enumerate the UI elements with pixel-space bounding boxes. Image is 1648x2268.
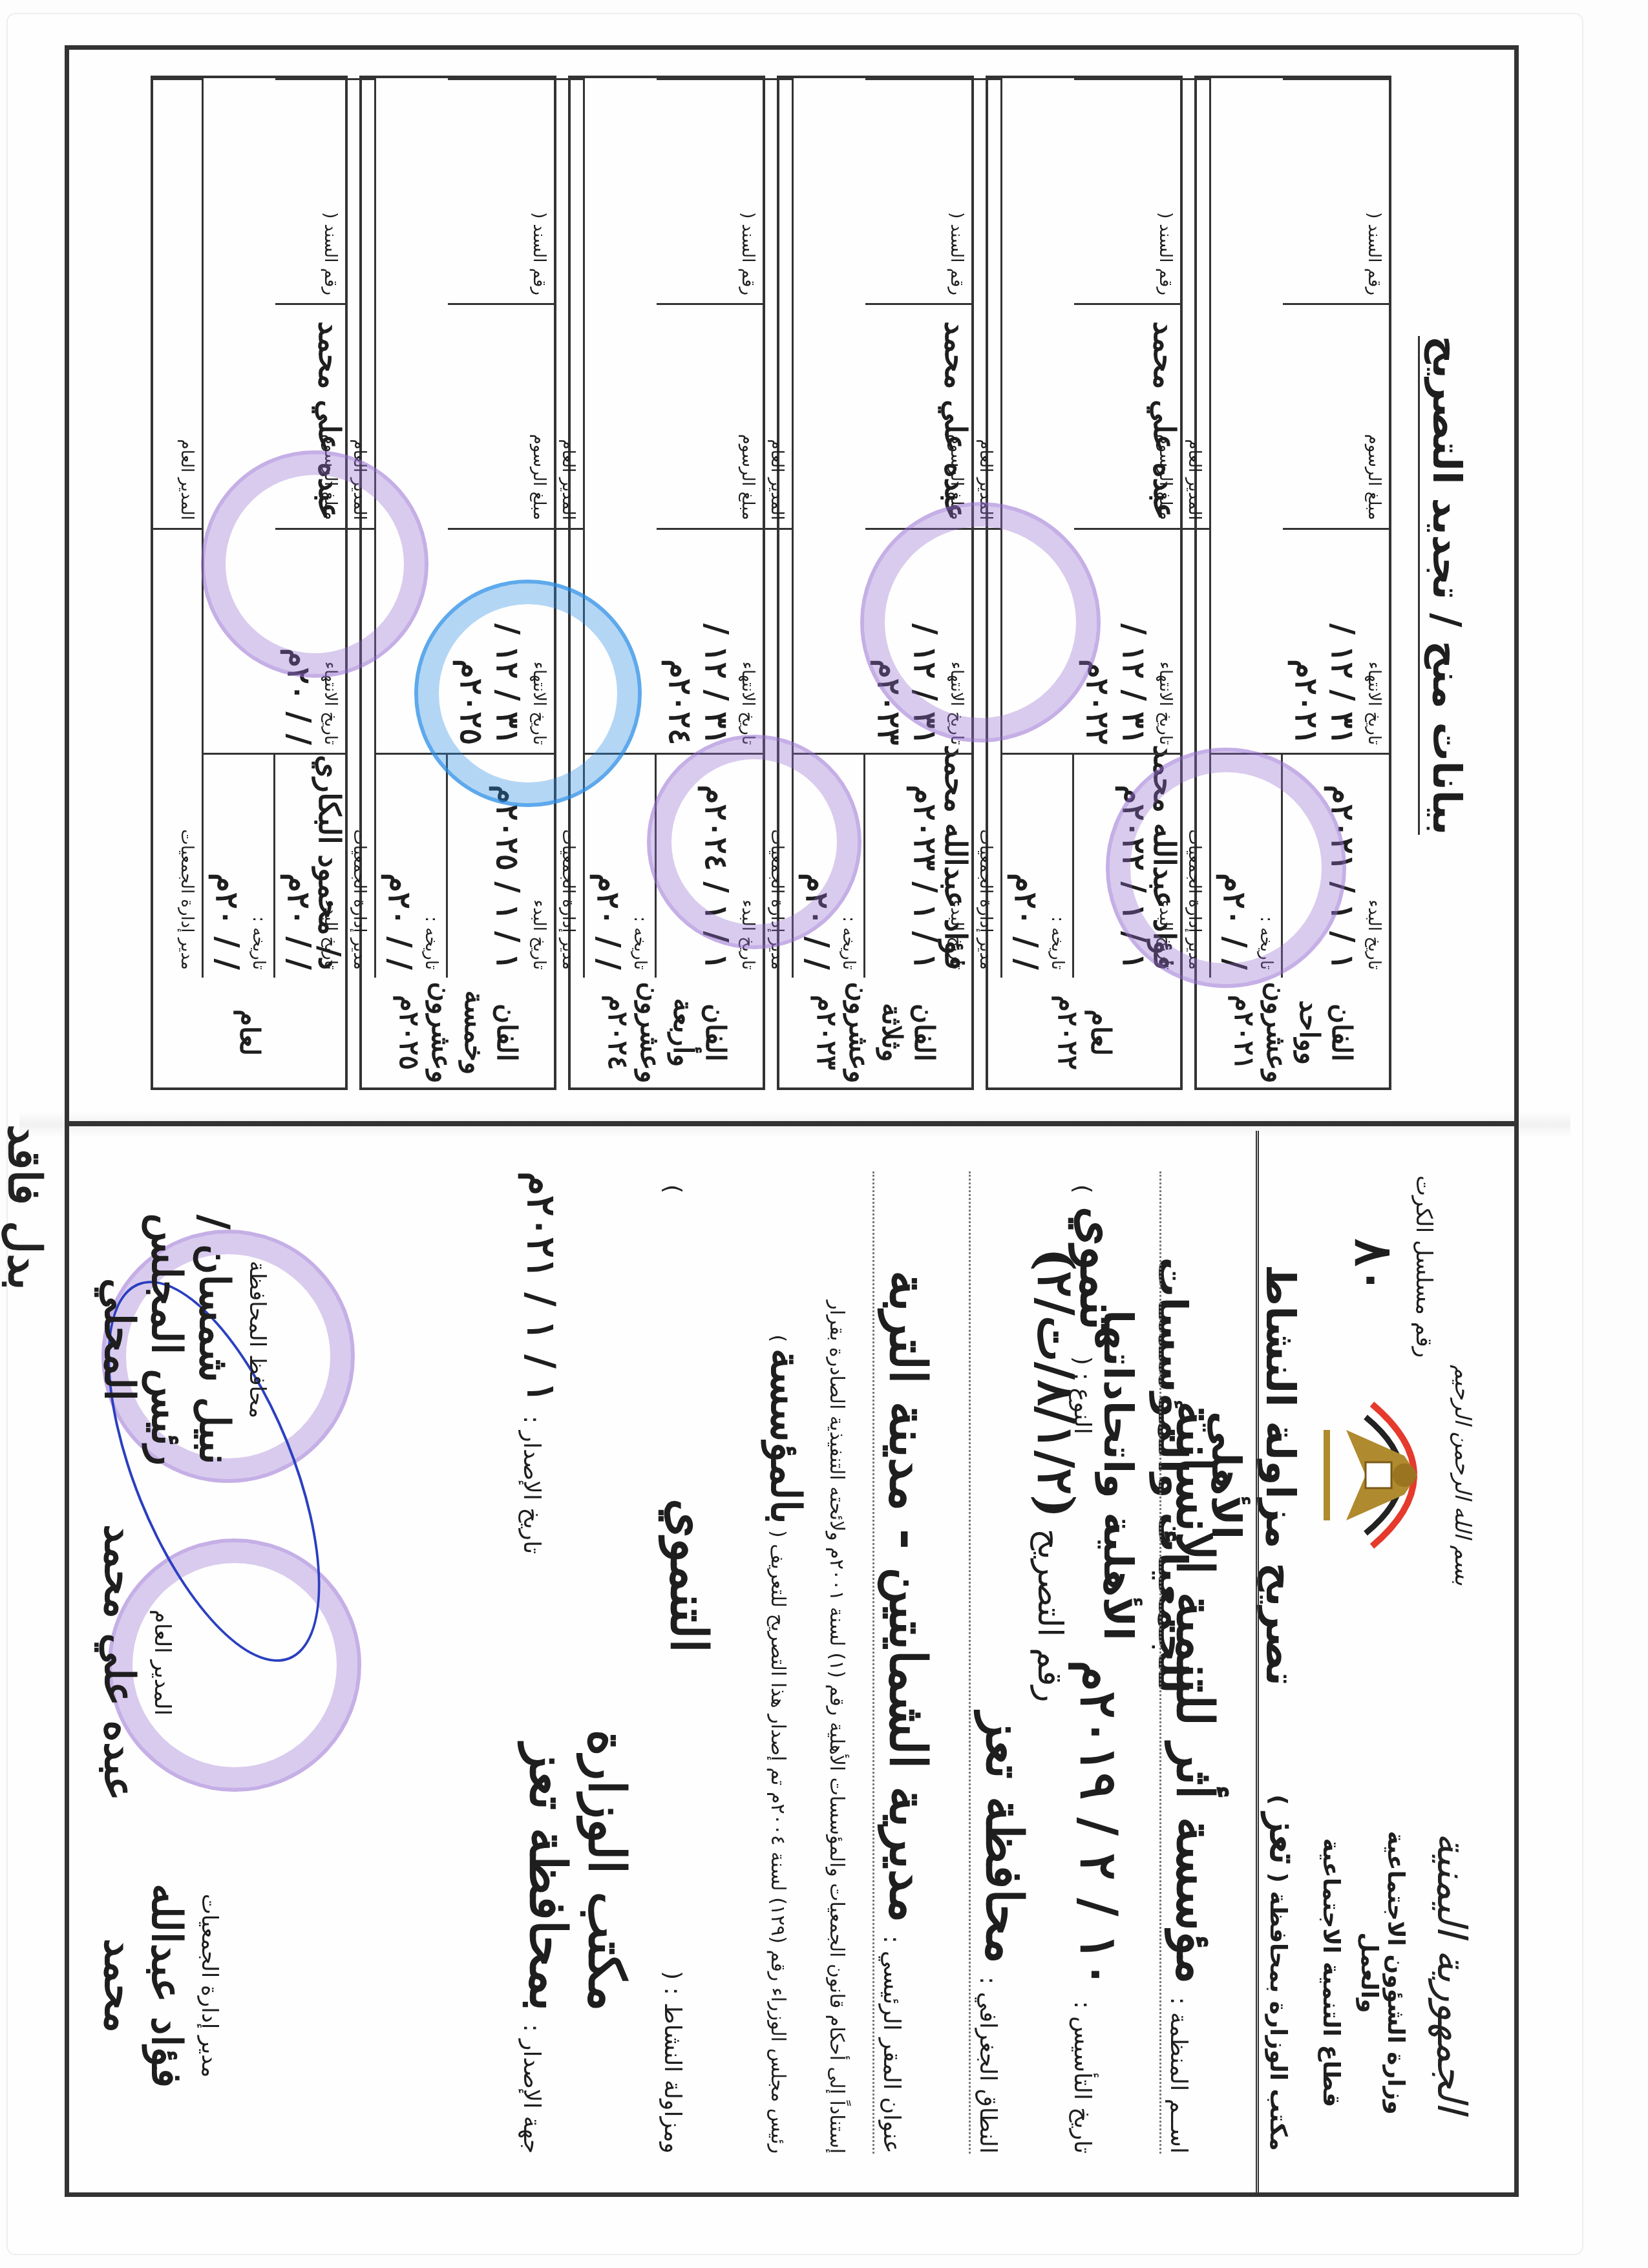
signature-title: محافظ المحافظة bbox=[244, 1197, 270, 1482]
receipt-no-cell-label: رقم السند ( bbox=[947, 212, 966, 295]
assoc-manager-cell-label: مدير إدارة الجمعيات bbox=[177, 829, 196, 970]
end-date-cell: تاريخ الانتهاء٣١ / ١٢ / ٢٠٢١م bbox=[1283, 528, 1389, 753]
start-date-cell-value: / / ٢٠م bbox=[280, 762, 317, 970]
end-date-cell: تاريخ الانتهاء٣١ / ١٢ / ٢٠٢٤م bbox=[657, 528, 763, 753]
activity-value: التنموي bbox=[659, 1193, 718, 1958]
receipt-date-cell span2-value: / / ٢٠م bbox=[1008, 762, 1044, 970]
receipt-no-cell: رقم السند ( bbox=[1283, 78, 1389, 303]
end-date-cell-label: تاريخ الانتهاء bbox=[738, 662, 757, 745]
start-date-cell: تاريخ البدء/ / ٢٠م bbox=[275, 753, 345, 978]
license-fields: اســم المنظمة : مؤسسة أثر للتنمية الإنسا… bbox=[495, 1171, 1236, 2154]
receipt-no-cell: رقم السند ( bbox=[657, 78, 763, 303]
center-divider bbox=[65, 1121, 1519, 1126]
basmala: بسم الله الرحمن الرحيم bbox=[1450, 1210, 1475, 1740]
renewal-year: الفان وثلاثة وعشرون ٢٠٢٣م bbox=[779, 978, 971, 1087]
signature-row: مدير إدارة الجمعيات فؤاد عبدالله محمد ال… bbox=[95, 1171, 431, 2154]
signature-name: عبده علي محمد bbox=[95, 1520, 143, 1805]
signature-title: مدير إدارة الجمعيات bbox=[196, 1843, 222, 2128]
issue-date-label: تاريخ الإصدار : bbox=[518, 1416, 545, 1554]
signature-name: فؤاد عبدالله محمد bbox=[95, 1843, 190, 2128]
activity-label: ومزاولة النشاط : ( bbox=[659, 1971, 686, 2154]
general-manager-cell-label: المدير العام bbox=[767, 439, 787, 520]
fee-cell: مبلغ الرسوم bbox=[1074, 303, 1180, 528]
scope-value: محافظة تعز bbox=[975, 1171, 1033, 1964]
org-name-label: اســم المنظمة : bbox=[1165, 1997, 1192, 2154]
receipt-date-cell span2-label: تاريخه : bbox=[630, 916, 650, 970]
general-manager-cell-label: المدير العام bbox=[177, 439, 196, 520]
scope-label: النطاق الجغرافي : bbox=[975, 1977, 1001, 2154]
renewal-year: الفان وواحد وعشرون ٢٠٢١م bbox=[1197, 978, 1389, 1087]
renewal-year: الفان وأربعة وعشرون ٢٠٢٤م bbox=[571, 978, 763, 1087]
office-close: ) bbox=[1265, 1794, 1291, 1805]
renewal-stamp bbox=[1106, 748, 1346, 988]
start-date-cell-label: تاريخ البدء bbox=[1364, 899, 1384, 970]
field-org-name: اســم المنظمة : مؤسسة أثر للتنمية الإنسا… bbox=[1159, 1171, 1236, 2154]
law-entity-value: بالمؤسسة bbox=[761, 1349, 810, 1524]
receipt-no-cell: رقم السند ( bbox=[448, 78, 554, 303]
receipt-date-cell span2-label: تاريخه : bbox=[421, 916, 441, 970]
hq-label: عنوان المقر الرئيسي : bbox=[878, 1935, 905, 2154]
receipt-date-cell span2: تاريخه :/ / ٢٠م bbox=[376, 753, 448, 978]
activity-close: ) bbox=[659, 1184, 686, 1193]
renewals-title: بيانات منح / تجديد التصريح bbox=[1424, 50, 1469, 1121]
receipt-no-cell-label: رقم السند ( bbox=[1156, 212, 1175, 295]
renewals-title-text: بيانات منح / تجديد التصريح bbox=[1418, 336, 1469, 835]
law-close: ) bbox=[766, 1334, 789, 1342]
law-text-2: رئيس مجلس الوزراء رقم (١٢٩) لسنة ٢٠٠٤م ت… bbox=[766, 1530, 789, 2154]
governorate-value: تعز bbox=[1261, 1813, 1306, 1864]
renewals-panel: بيانات منح / تجديد التصريح الفان وواحد و… bbox=[69, 50, 1514, 1121]
start-date-cell-value: ١ / ١ / ٢٠٢٣م bbox=[907, 762, 943, 970]
general-manager-cell: المدير العام bbox=[551, 78, 585, 528]
assoc-manager-cell-label: مدير إدارة الجمعيات bbox=[976, 829, 995, 970]
office-label: مكتب الوزارة بمحافظة ( bbox=[1265, 1873, 1291, 2151]
renewal-year: الفان وخمسة وعشرون ٢٠٢٥م bbox=[362, 978, 554, 1087]
hq-value: مديرية الشمايتين - مدينة التربة bbox=[878, 1171, 937, 1922]
field-activity: ومزاولة النشاط : ( التنموي ) bbox=[655, 1171, 730, 2154]
general-manager-cell-label: المدير العام bbox=[1185, 439, 1204, 520]
office-line: مكتب الوزارة بمحافظة ( تعز ) bbox=[1261, 1792, 1306, 2154]
sector-name: قطاع التنمية الاجتماعية bbox=[1318, 1792, 1344, 2154]
receipt-date-cell span2: تاريخه :/ / ٢٠م bbox=[204, 753, 275, 978]
field-type: النوع : ( تنموي ) bbox=[1069, 1171, 1128, 1434]
field-scope: النطاق الجغرافي : محافظة تعز bbox=[969, 1171, 1046, 2154]
start-date-cell-label: تاريخ البدء bbox=[947, 899, 966, 970]
fee-cell-label: مبلغ الرسوم bbox=[1156, 434, 1175, 520]
receipt-no-cell-label: رقم السند ( bbox=[529, 212, 549, 295]
signature-assoc-manager: مدير إدارة الجمعيات فؤاد عبدالله محمد bbox=[95, 1843, 222, 2128]
type-value: تنموي bbox=[1069, 1206, 1128, 1330]
receipt-date-cell span2-value: / / ٢٠م bbox=[381, 762, 417, 970]
fee-cell: مبلغ الرسوم bbox=[448, 303, 554, 528]
end-date-cell-label: تاريخ الانتهاء bbox=[1156, 662, 1175, 745]
org-name-value: مؤسسة أثر للتنمية الإنسانية bbox=[1165, 1171, 1224, 1984]
issue-date-value: ١ / ١ / ٢٠٢١م bbox=[518, 1171, 564, 1403]
legal-basis: إستناداً إلى أحكام قانون الجمعيات والمؤس… bbox=[750, 1171, 853, 2154]
fee-cell: مبلغ الرسوم bbox=[657, 303, 763, 528]
card-serial: رقم مسلسل الكرت ٨٠ bbox=[1344, 1170, 1437, 1363]
serial-value: ٨٠ bbox=[1344, 1170, 1404, 1363]
assoc-manager-cell-label: مدير إدارة الجمعيات bbox=[350, 829, 369, 970]
header-divider bbox=[1256, 1131, 1259, 2192]
receipt-date-cell span2: تاريخه :/ / ٢٠م bbox=[585, 753, 657, 978]
receipt-date-cell span2-label: تاريخه : bbox=[1048, 916, 1067, 970]
field-hq: عنوان المقر الرئيسي : مديرية الشمايتين -… bbox=[872, 1171, 949, 2154]
receipt-no-cell-label: رقم السند ( bbox=[321, 212, 340, 295]
yemen-eagle-emblem-icon bbox=[1314, 1391, 1443, 1559]
fee-cell-label: مبلغ الرسوم bbox=[1364, 434, 1384, 520]
fee-cell: مبلغ الرسوم bbox=[865, 303, 971, 528]
end-date-cell-label: تاريخ الانتهاء bbox=[1364, 662, 1384, 745]
start-date-cell-label: تاريخ البدء bbox=[321, 899, 340, 970]
renewal-stamp bbox=[647, 735, 861, 949]
fee-cell: مبلغ الرسوم bbox=[1283, 303, 1389, 528]
fee-cell-label: مبلغ الرسوم bbox=[529, 434, 549, 520]
start-date-cell: تاريخ البدء١ / ١ / ٢٠٢٣م bbox=[865, 753, 971, 978]
fee-cell-label: مبلغ الرسوم bbox=[738, 434, 757, 520]
republic-name: الجمهورية اليمنية bbox=[1428, 1792, 1475, 2154]
renewal-stamp bbox=[201, 450, 428, 678]
receipt-no-cell: رقم السند ( bbox=[865, 78, 971, 303]
receipt-no-cell: رقم السند ( bbox=[275, 78, 345, 303]
receipt-no-cell: رقم السند ( bbox=[1074, 78, 1180, 303]
renewal-year: لعام bbox=[153, 978, 345, 1087]
field-founded-type: تاريخ التأسيس : ١٠ / ٢ / ٢٠١٩م النوع : (… bbox=[1065, 1171, 1140, 2154]
margin-note: بدل فاقد bbox=[0, 1124, 52, 1290]
end-date-cell-value: ٣١ / ١٢ / ٢٠٢١م bbox=[1288, 538, 1360, 745]
issuer-label: جهة الإصدار : bbox=[518, 2024, 545, 2154]
receipt-date-cell span2-value: / / ٢٠م bbox=[209, 762, 245, 970]
field-issuer: جهة الإصدار : مكتب الوزارة بمحافظة تعز ت… bbox=[514, 1171, 636, 2154]
assoc-manager-cell-label: مدير إدارة الجمعيات bbox=[558, 829, 578, 970]
receipt-date-cell span2: تاريخه :/ / ٢٠م bbox=[1002, 753, 1074, 978]
end-date-cell-value: ٣١ / ١٢ / ٢٠٢٤م bbox=[662, 538, 734, 745]
receipt-no-cell-label: رقم السند ( bbox=[738, 212, 757, 295]
start-date-cell-label: تاريخ البدء bbox=[529, 899, 549, 970]
type-close: ) bbox=[1069, 1184, 1095, 1193]
general-manager-cell: المدير العام bbox=[153, 78, 204, 528]
permit-document: الجمهورية اليمنية وزارة الشؤون الاجتماعي… bbox=[0, 0, 1648, 2268]
receipt-date-cell span2-label: تاريخه : bbox=[249, 916, 268, 970]
general-manager-cell-label: المدير العام bbox=[558, 439, 578, 520]
general-manager-cell: المدير العام bbox=[759, 78, 794, 528]
signature-name: نبيل شمسان / رئيس المجلس المحلي bbox=[95, 1197, 238, 1482]
receipt-date-cell span2-value: / / ٢٠م bbox=[590, 762, 626, 970]
renewal-year: لعام ٢٠٢٢م bbox=[988, 978, 1180, 1087]
signature-title: المدير العام bbox=[149, 1520, 175, 1805]
founded-label: تاريخ التأسيس : bbox=[1069, 2001, 1095, 2154]
license-front-panel: الجمهورية اليمنية وزارة الشؤون الاجتماعي… bbox=[69, 1131, 1514, 2192]
serial-label: رقم مسلسل الكرت bbox=[1411, 1170, 1437, 1363]
issuer-value: مكتب الوزارة بمحافظة تعز bbox=[518, 1554, 636, 2011]
renewal-stamp bbox=[860, 502, 1101, 742]
receipt-no-cell-label: رقم السند ( bbox=[1364, 212, 1384, 295]
receipt-date-cell span2-label: تاريخه : bbox=[839, 916, 858, 970]
renewal-stamp-blue bbox=[414, 580, 642, 807]
assoc-manager-cell: مدير إدارة الجمعيات bbox=[153, 528, 204, 978]
ministry-header: الجمهورية اليمنية وزارة الشؤون الاجتماعي… bbox=[1249, 1792, 1475, 2154]
type-label: النوع : ( bbox=[1069, 1356, 1095, 1434]
ministry-name: وزارة الشؤون الاجتماعية والعمل bbox=[1356, 1792, 1409, 2154]
founded-value: ١٠ / ٢ / ٢٠١٩م bbox=[1069, 1434, 1128, 1988]
signature-general-manager: المدير العام عبده علي محمد bbox=[95, 1520, 175, 1805]
signature-governor: محافظ المحافظة نبيل شمسان / رئيس المجلس … bbox=[95, 1197, 270, 1482]
law-text-1: إستناداً إلى أحكام قانون الجمعيات والمؤس… bbox=[820, 1171, 853, 2154]
